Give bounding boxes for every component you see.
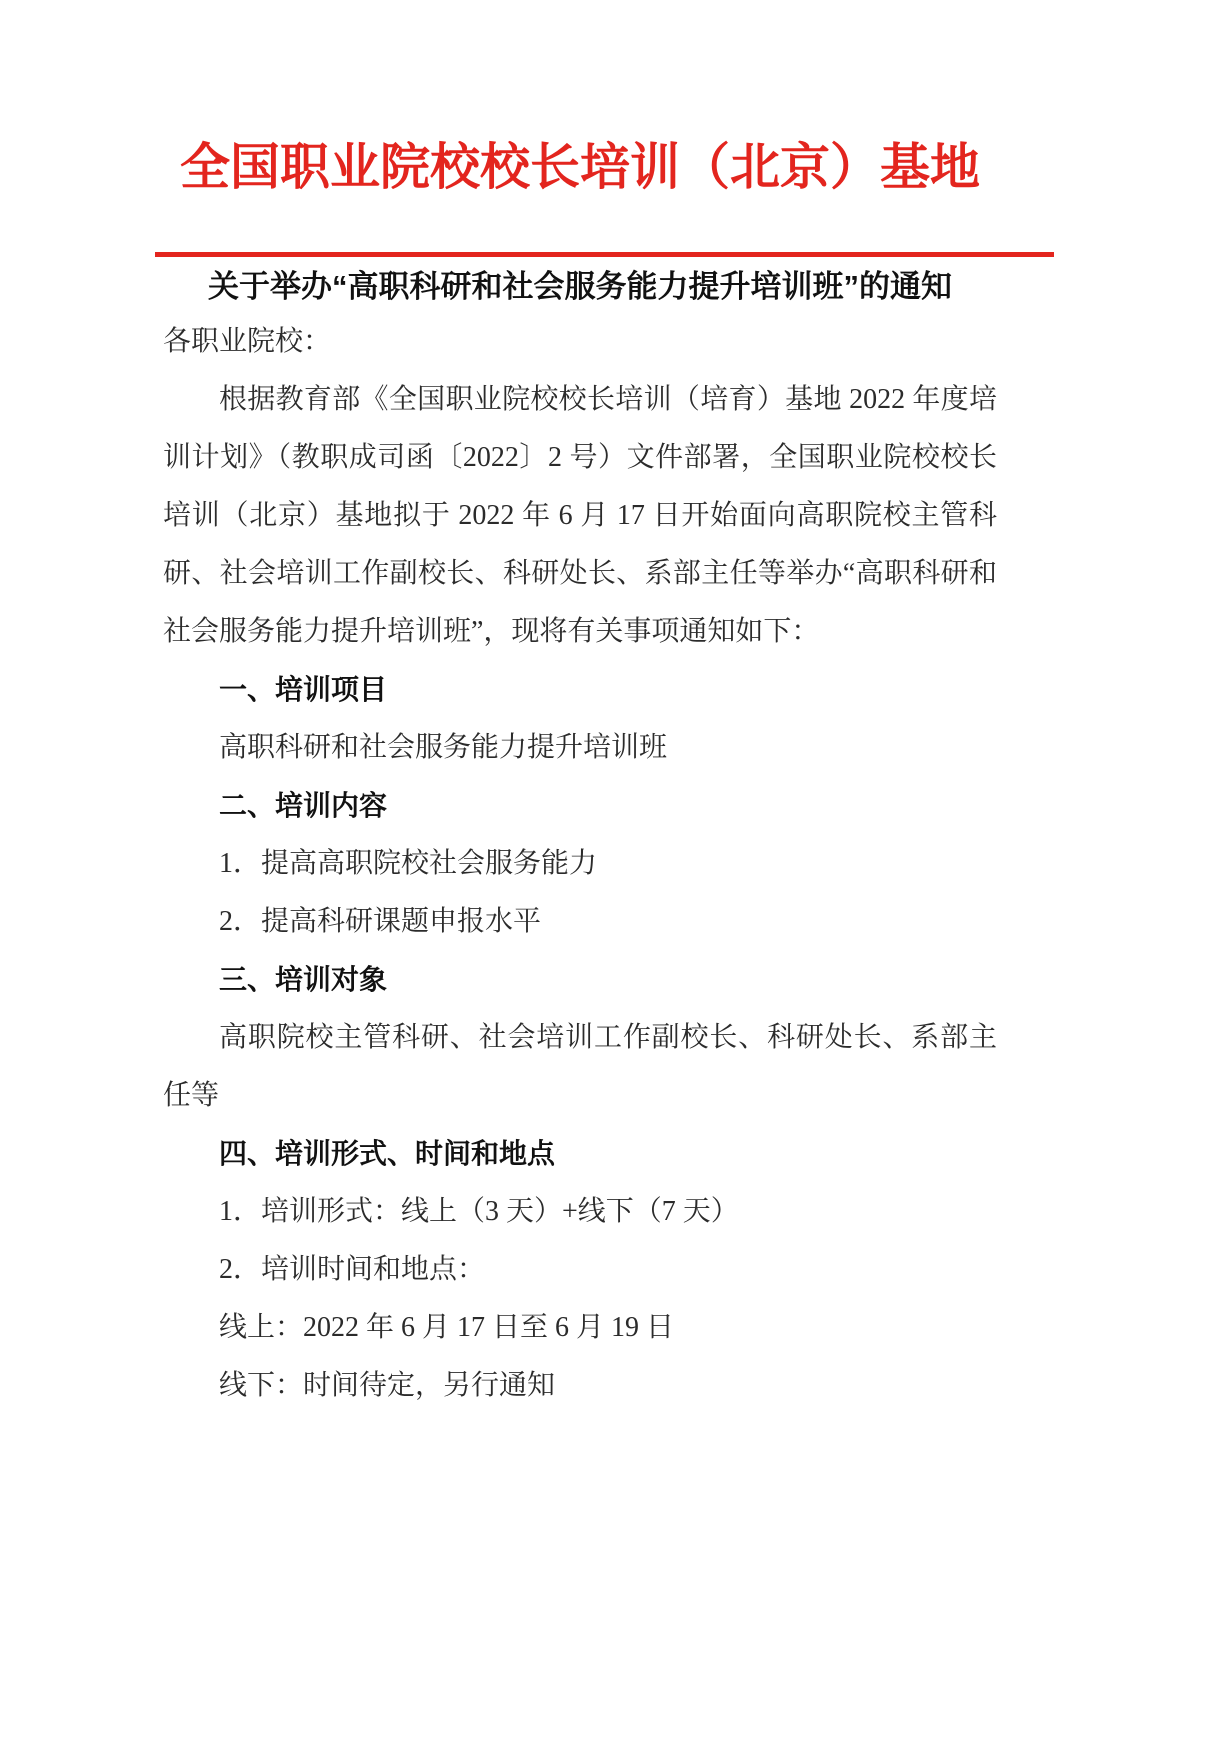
- section-1-heading: 一、培训项目: [163, 661, 997, 719]
- salutation: 各职业院校：: [163, 313, 997, 371]
- section-3-heading: 三、培训对象: [163, 951, 997, 1009]
- section-3-item-1: 高职院校主管科研、社会培训工作副校长、科研处长、系部主任等: [163, 1009, 997, 1125]
- section-2-item-1: 1．提高高职院校社会服务能力: [163, 835, 997, 893]
- section-4-heading: 四、培训形式、时间和地点: [163, 1125, 997, 1183]
- document-page: 全国职业院校校长培训（北京）基地 关于举办“高职科研和社会服务能力提升培训班”的…: [0, 0, 1230, 1746]
- section-4-item-1: 1．培训形式：线上（3 天）+线下（7 天）: [163, 1183, 997, 1241]
- section-2-heading: 二、培训内容: [163, 777, 997, 835]
- notice-body: 各职业院校： 根据教育部《全国职业院校校长培训（培育）基地 2022 年度培训计…: [163, 313, 997, 1415]
- section-4-item-4: 线下：时间待定，另行通知: [163, 1357, 997, 1415]
- section-4-item-3: 线上：2022 年 6 月 17 日至 6 月 19 日: [163, 1299, 997, 1357]
- section-1-item-1: 高职科研和社会服务能力提升培训班: [163, 719, 997, 777]
- page-title: 全国职业院校校长培训（北京）基地: [163, 134, 997, 200]
- notice-heading: 关于举办“高职科研和社会服务能力提升培训班”的通知: [163, 265, 997, 309]
- title-divider-line: [155, 252, 1054, 257]
- section-4-item-2: 2．培训时间和地点：: [163, 1241, 997, 1299]
- section-2-item-2: 2．提高科研课题申报水平: [163, 893, 997, 951]
- intro-paragraph: 根据教育部《全国职业院校校长培训（培育）基地 2022 年度培训计划》（教职成司…: [163, 371, 997, 661]
